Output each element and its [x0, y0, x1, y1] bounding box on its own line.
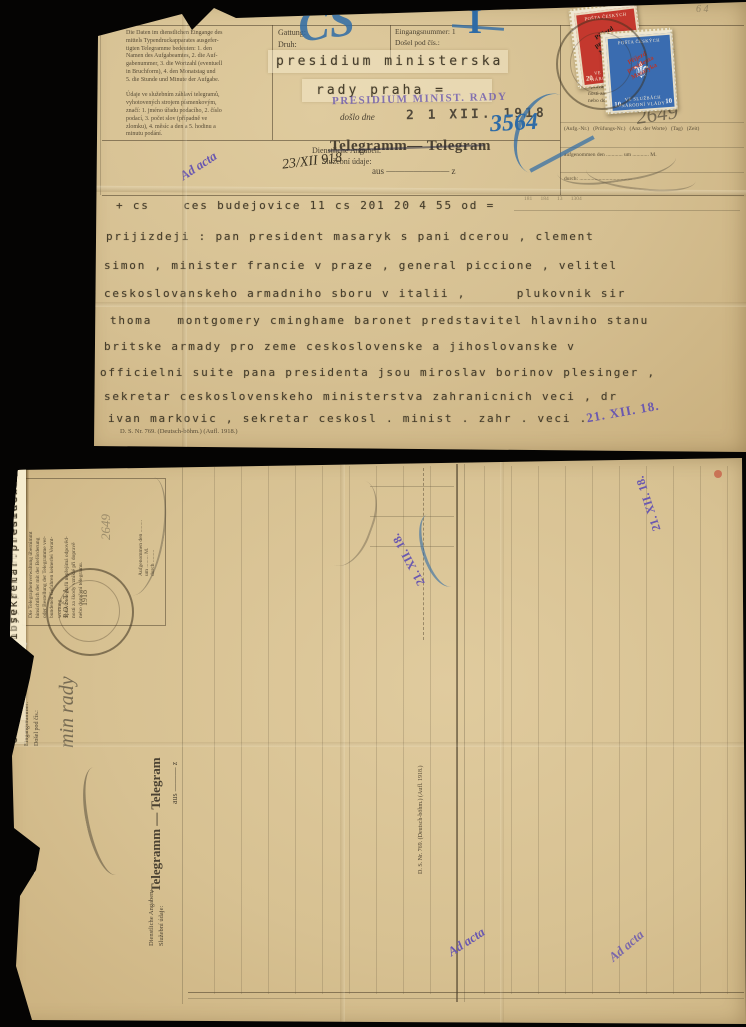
dosel-pod-cis-label: Došel pod čís.: — [34, 682, 40, 746]
eingangsnummer-label: Eingangsnummer: 1 — [395, 27, 456, 36]
message-line-strip: cisar , osobni sekretar presidentuv dr s… — [2, 304, 26, 744]
form-imprint: D. S. Nr. 769. (Deutsch-böhm.) (Aufl. 19… — [120, 428, 238, 436]
message-line: simon , minister francie v praze , gener… — [104, 259, 618, 272]
pencil-flourish — [75, 763, 134, 878]
torn-paper-scrap — [9, 846, 35, 878]
telegram-heading: Telegramm — Telegram — [148, 700, 164, 892]
pencil-number: 2649 — [98, 466, 114, 540]
message-line-strip: generala picciona jest 5 dustojniku ital… — [2, 29, 26, 504]
message-line: sekretar ceskoslovenskeho ministerstva z… — [104, 390, 618, 403]
handwritten-filing-date: 23/XII 918 — [281, 150, 343, 173]
fields-row: (Aufg.-Nr.) (Prüfungs-Nr.) (Anz. der Wor… — [564, 126, 699, 132]
divider — [514, 210, 740, 211]
form-instructions: Die Daten im dienstlichen Eingange des m… — [126, 30, 268, 139]
divider — [100, 25, 744, 26]
message-line: thoma montgomery cminghame baronet preds… — [110, 314, 649, 327]
doslo-dne-label: došlo dne — [340, 112, 375, 122]
message-line: prijizdeji : pan president masaryk s pan… — [106, 230, 595, 243]
postmark-office: POŠTA — [62, 572, 70, 632]
scanned-telegrams-photo: { "scene": {"background": "#050403", "de… — [0, 0, 746, 1027]
telegram-preamble: + cs ces budejovice 11 cs 201 20 4 55 od… — [116, 199, 495, 212]
message-line-strip: ceskych = zahradnik ministr zeleznic + — [2, 133, 26, 528]
divider — [188, 998, 744, 999]
message-line: officielni suite pana presidenta jsou mi… — [100, 366, 656, 379]
bottom-telegram-sheet: Die Telegraphenverwaltung übernimmt hins… — [2, 456, 746, 1027]
druh-label: Druh: — [278, 40, 297, 49]
divider — [100, 25, 101, 195]
pencil-scribble — [585, 152, 698, 195]
service-numbers: 181 184 13 1304 — [524, 196, 582, 202]
dosel-pod-cis-label: Došel pod čís.: — [395, 38, 440, 47]
handwritten-cs: CS — [295, 0, 358, 53]
message-line: britske armady pro zeme ceskoslovenske a… — [104, 340, 576, 353]
aus-row: aus ——————— z — [372, 166, 456, 176]
aus-row: aus ——— z — [170, 734, 179, 804]
divider — [102, 195, 744, 196]
ad-acta-stamp: Ad acta — [177, 148, 220, 184]
divider — [272, 25, 273, 140]
divider — [182, 464, 183, 1004]
postmark-inner-ring — [570, 32, 632, 94]
paper-crease — [86, 302, 746, 307]
address-line-1: presidium ministerska — [268, 50, 508, 69]
sluzebni-udaje-label: Služební údaje: — [158, 876, 165, 946]
stamp-value: 10 — [665, 97, 673, 105]
postmark-year: 1918 — [80, 568, 89, 628]
address-strip: presidium ministerska — [268, 50, 508, 73]
handwritten-roman-one: I — [468, 0, 482, 42]
message-line-guides — [188, 466, 744, 994]
dienstliche-angaben-label: Dienstliche Angaben: — [148, 876, 155, 946]
message-line: ceskoslovanskeho armadniho sboru v itali… — [104, 287, 626, 300]
pencil-corner-note: 6 4 — [696, 4, 709, 15]
message-line-strip: zurnalista z ameriky , sekretari — [2, 191, 26, 456]
red-mark — [714, 470, 722, 478]
message-line-strip: francouzskeho ministra jsou hua a lander… — [2, 0, 26, 480]
pencil-script: min rady — [56, 628, 79, 748]
message-line: ivan markovic , sekretar ceskosl . minis… — [108, 412, 588, 425]
top-telegram-sheet: Die Daten im dienstlichen Eingange des m… — [86, 0, 746, 455]
